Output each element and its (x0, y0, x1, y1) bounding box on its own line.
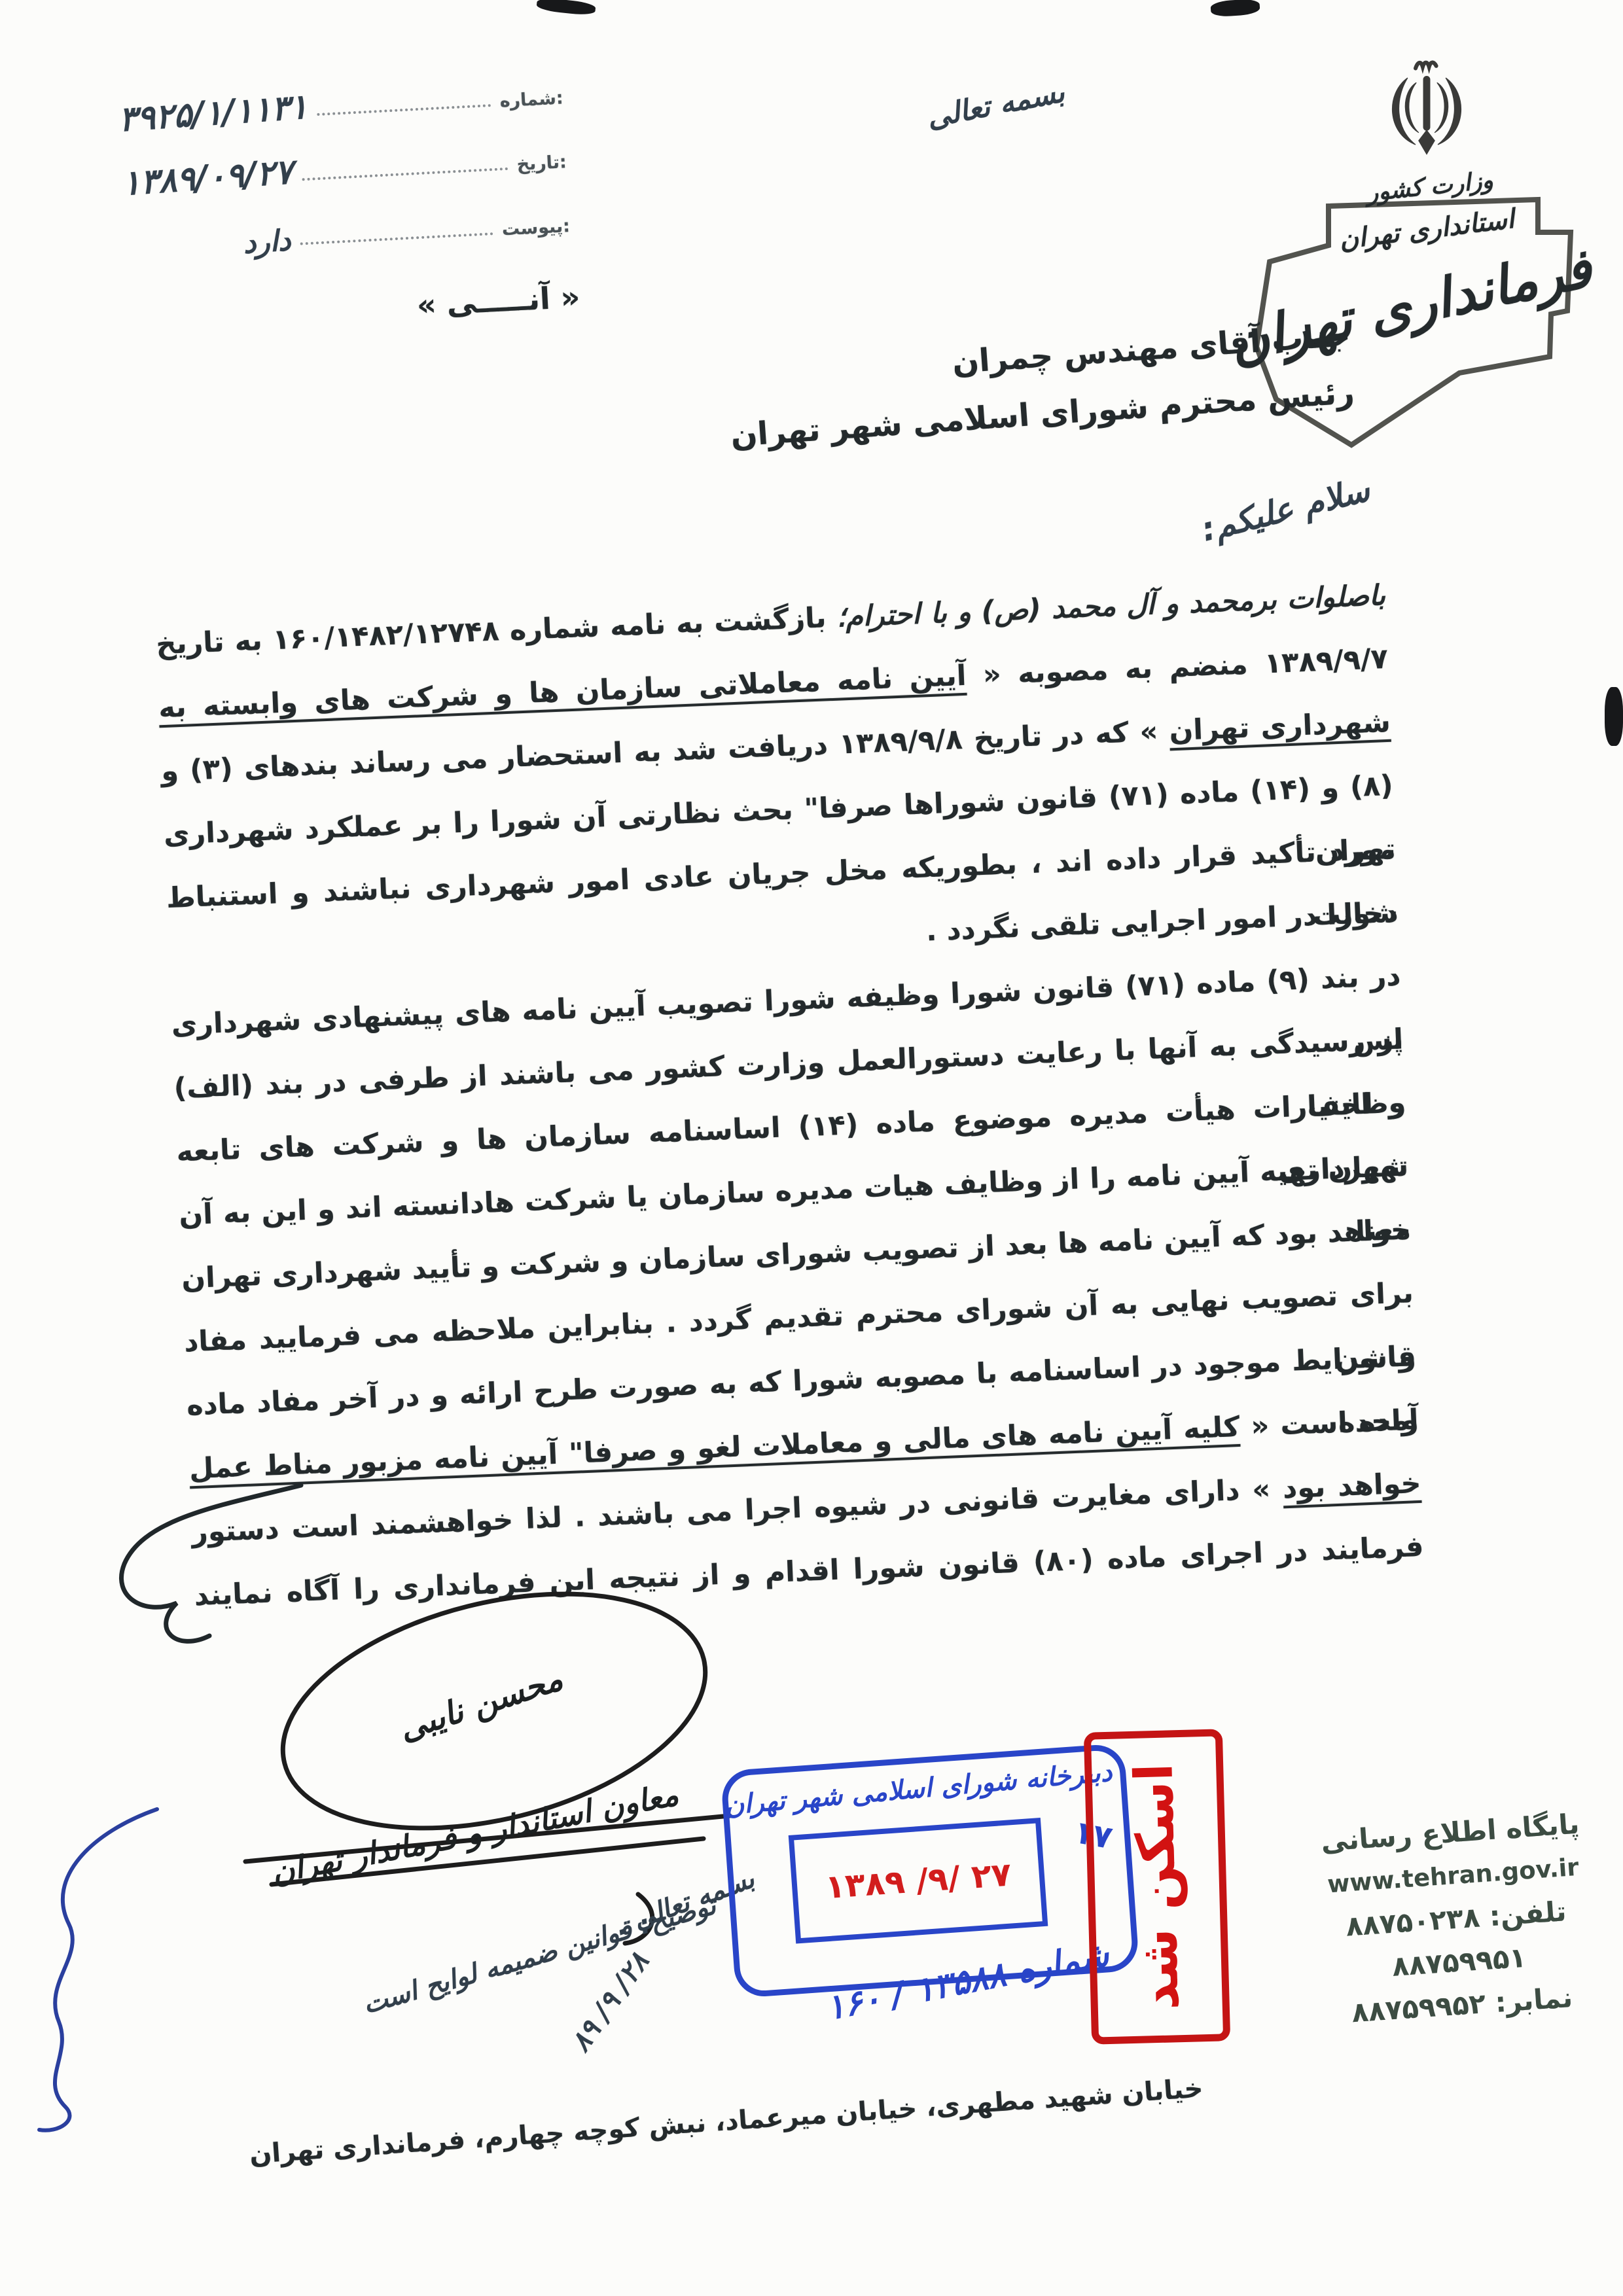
scanned-letter-page: ۳۹۲۵/۱/۱۱۳۱ شماره: ۱۳۸۹/۰۹/۲۷ تاریخ: دار… (0, 0, 1623, 2296)
letter-number-label: شماره: (499, 88, 564, 118)
attachment-value: دارد (242, 224, 292, 260)
dotted-line (302, 168, 508, 181)
scan-artifact (1605, 687, 1623, 746)
body-text-segment: شورا در امور اجرایی تلقی نگردد . (925, 896, 1399, 948)
contact-block: پایگاه اطلاع رسانی www.tehran.gov.ir تلف… (1308, 1801, 1604, 2036)
body-text-segment: باصلوات برمحمد و آل محمد (ص) و با احترام… (825, 579, 1386, 634)
blue-pen-scribble (20, 1799, 190, 2140)
body-text-segment: بازگشت به نامه شماره ۱۶۰/۱۴۸۲/۱۲۷۴۸ به ت… (155, 601, 827, 661)
scan-artifact (1210, 0, 1260, 18)
body-lines: باصلوات برمحمد و آل محمد (ص) و با احترام… (155, 564, 1425, 1628)
scan-artifact (536, 0, 596, 16)
secretariat-stamp: دبیرخانه شورای اسلامی شهر تهران ۱۳۸۹ /۹/… (721, 1743, 1140, 1998)
scanned-stamp: اسکن شد (1084, 1729, 1230, 2044)
letter-meta-block: ۳۹۲۵/۱/۱۱۳۱ شماره: ۱۳۸۹/۰۹/۲۷ تاریخ: دار… (116, 50, 571, 266)
iran-emblem-icon (1374, 56, 1479, 167)
underlined-phrase: خواهد بود (1282, 1467, 1421, 1505)
salutation: سلام علیکم: (1197, 470, 1373, 549)
scanned-stamp-text: اسکن شد (1124, 1763, 1191, 2011)
body-text-segment: ۱۳۸۹/۹/۷ منضم به مصوبه « (965, 643, 1388, 692)
secretariat-stamp-date-box: ۱۳۸۹ /۹/ ۲۷ (789, 1818, 1048, 1944)
dotted-line (300, 232, 493, 245)
letter-date-label: تاریخ: (516, 152, 567, 181)
secretariat-stamp-number: شماره ۱۳۵۸۸ / ۱۶۰ (823, 1935, 1113, 2028)
office-address: خیابان شهید مطهری، خیابان میرعماد، نبش ک… (275, 2074, 1204, 2168)
urgency-marker: « آنـــــی » (416, 279, 580, 323)
body-text-segment: آمده است « (1239, 1404, 1419, 1443)
secretariat-stamp-title: دبیرخانه شورای اسلامی شهر تهران (735, 1757, 1113, 1820)
underlined-phrase: شهرداری تهران (1169, 706, 1391, 748)
besmele-text: بسمه تعالی (924, 75, 1067, 135)
attachment-label: پیوست: (501, 216, 571, 246)
secretariat-stamp-date: ۱۳۸۹ /۹/ ۲۷ (824, 1855, 1012, 1906)
dotted-line (317, 104, 491, 116)
